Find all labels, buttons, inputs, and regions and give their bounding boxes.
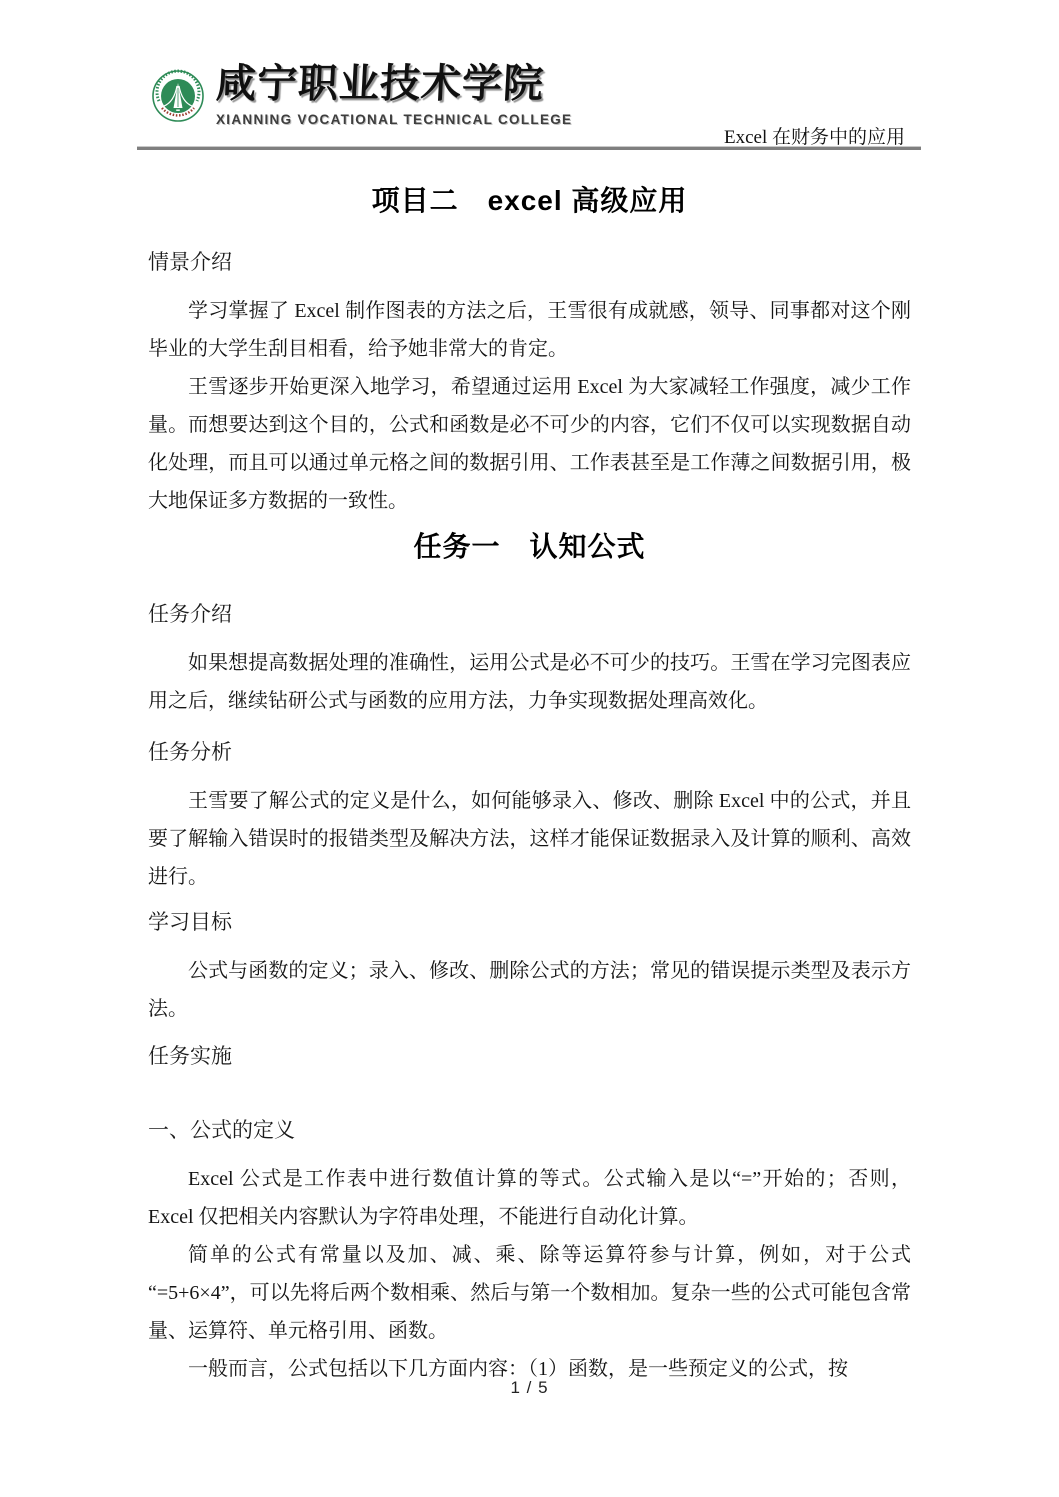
section-heading-formula-definition: 一、公式的定义 — [148, 1118, 911, 1144]
header-course-label: Excel 在财务中的应用 — [724, 122, 905, 149]
header-divider — [137, 147, 921, 150]
paragraph: 王雪逐步开始更深入地学习，希望通过运用 Excel 为大家减轻工作强度，减少工作… — [148, 368, 911, 520]
paragraph: 王雪要了解公式的定义是什么，如何能够录入、修改、删除 Excel 中的公式，并且… — [148, 782, 911, 896]
college-emblem-icon — [152, 68, 204, 124]
page-title: 项目二 excel 高级应用 — [148, 186, 911, 216]
page-number: 1 / 5 — [0, 1378, 1059, 1398]
paragraph: 公式与函数的定义；录入、修改、删除公式的方法；常见的错误提示类型及表示方法。 — [148, 952, 911, 1028]
document-page: 咸宁职业技术学院 XIANNING VOCATIONAL TECHNICAL C… — [0, 0, 1059, 1497]
college-name-english: XIANNING VOCATIONAL TECHNICAL COLLEGE — [216, 112, 572, 127]
section-heading-learning-goals: 学习目标 — [148, 910, 911, 936]
paragraph: 简单的公式有常量以及加、减、乘、除等运算符参与计算，例如，对于公式“=5+6×4… — [148, 1236, 911, 1350]
section-heading-task-implementation: 任务实施 — [148, 1044, 911, 1070]
task-one-title: 任务一 认知公式 — [148, 532, 911, 562]
paragraph: Excel 公式是工作表中进行数值计算的等式。公式输入是以“=”开始的；否则，E… — [148, 1160, 911, 1236]
section-heading-task-analysis: 任务分析 — [148, 740, 911, 766]
paragraph: 如果想提高数据处理的准确性，运用公式是必不可少的技巧。王雪在学习完图表应用之后，… — [148, 644, 911, 720]
document-body: 项目二 excel 高级应用 情景介绍 学习掌握了 Excel 制作图表的方法之… — [148, 166, 911, 1388]
college-logo-block: 咸宁职业技术学院 XIANNING VOCATIONAL TECHNICAL C… — [152, 58, 572, 127]
section-heading-task-intro: 任务介绍 — [148, 602, 911, 628]
college-name-block: 咸宁职业技术学院 XIANNING VOCATIONAL TECHNICAL C… — [216, 58, 572, 127]
college-name-calligraphy: 咸宁职业技术学院 — [215, 58, 574, 110]
paragraph: 学习掌握了 Excel 制作图表的方法之后，王雪很有成就感，领导、同事都对这个刚… — [148, 292, 911, 368]
section-heading-scene-intro: 情景介绍 — [148, 250, 911, 276]
